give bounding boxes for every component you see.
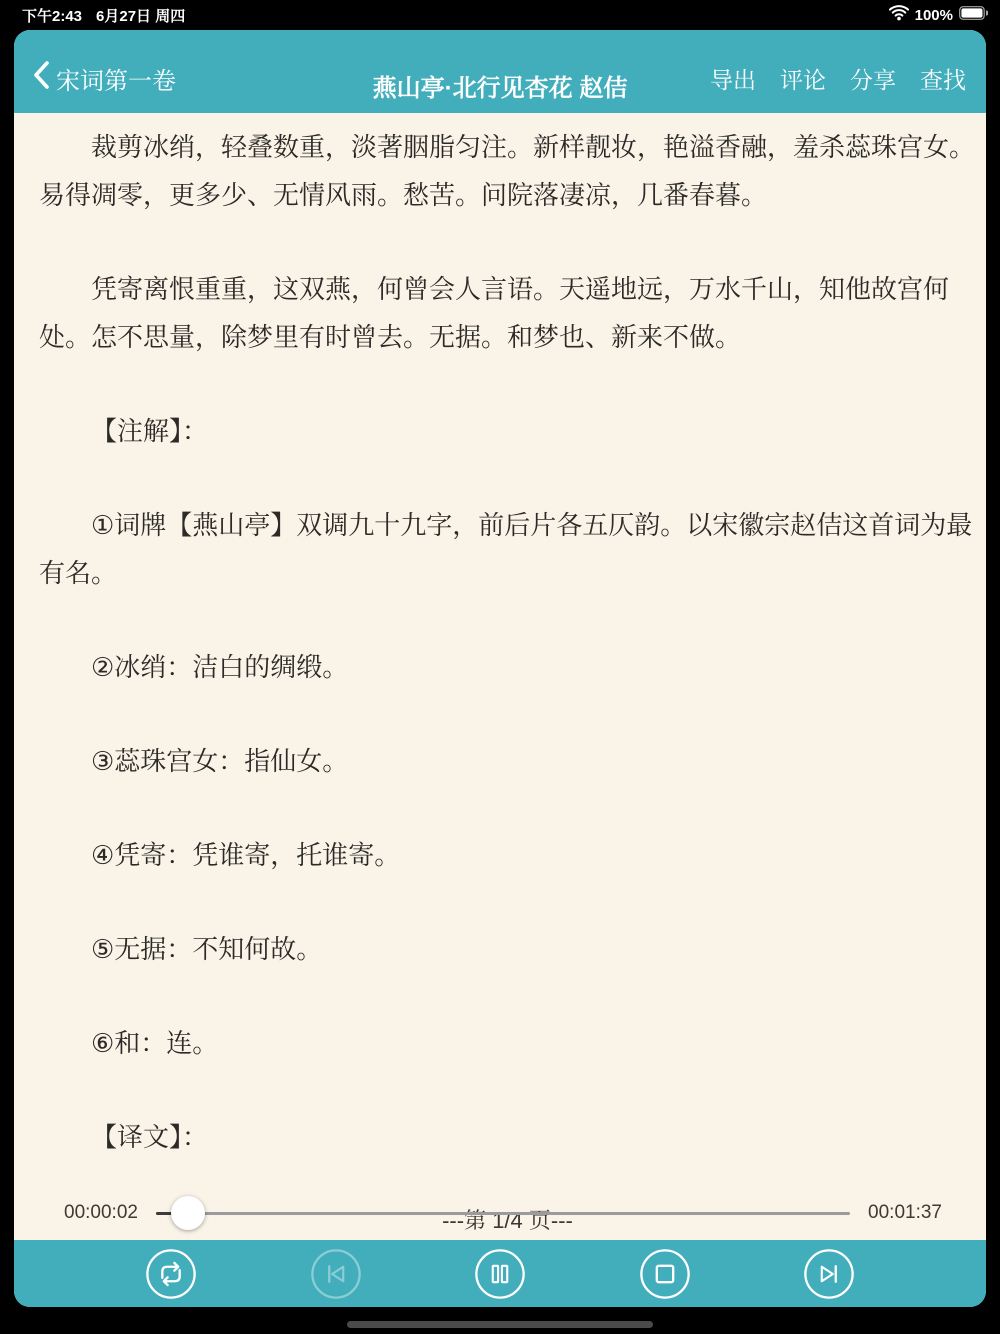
app-window: 燕山亭·北行见杏花 赵佶 宋词第一卷 导出 评论 分享 查找 裁剪冰绡，轻叠数重… [14, 30, 986, 1307]
section-heading-notes: 【注解】： [39, 407, 976, 455]
skip-previous-button [309, 1247, 363, 1301]
nav-header: 燕山亭·北行见杏花 赵佶 宋词第一卷 导出 评论 分享 查找 [14, 30, 986, 113]
elapsed-time: 00:00:02 [64, 1189, 138, 1237]
total-time: 00:01:37 [868, 1189, 942, 1237]
header-actions: 导出 评论 分享 查找 [710, 62, 966, 95]
progress-track[interactable] [156, 1212, 850, 1215]
note-item: ⑤无据：不知何故。 [39, 925, 976, 973]
status-bar: 下午2:43 6月27日 周四 100% [0, 0, 1000, 30]
note-item: ②冰绡：洁白的绸缎。 [39, 643, 976, 691]
reading-area: 裁剪冰绡，轻叠数重，淡著胭脂匀注。新样靓妆，艳溢香融，羞杀蕊珠宫女。易得凋零，更… [14, 113, 986, 1240]
note-item: ①词牌【燕山亭】双调九十九字，前后片各五仄韵。以宋徽宗赵佶这首词为最有名。 [39, 501, 976, 597]
comment-button[interactable]: 评论 [780, 62, 826, 95]
repeat-button[interactable] [144, 1247, 198, 1301]
home-indicator[interactable] [347, 1321, 653, 1328]
battery-percent: 100% [915, 7, 953, 24]
note-item: ③蕊珠宫女：指仙女。 [39, 737, 976, 785]
poem-stanza: 裁剪冰绡，轻叠数重，淡著胭脂匀注。新样靓妆，艳溢香融，羞杀蕊珠宫女。易得凋零，更… [39, 123, 976, 219]
player-bar [14, 1240, 986, 1307]
pause-button[interactable] [473, 1247, 527, 1301]
progress-thumb[interactable] [171, 1196, 205, 1230]
wifi-icon [889, 5, 909, 25]
battery-icon [959, 6, 988, 24]
share-button[interactable]: 分享 [850, 62, 896, 95]
poem-stanza: 凭寄离恨重重，这双燕，何曾会人言语。天遥地远，万水千山，知他故宫何处。怎不思量，… [39, 265, 976, 361]
section-heading-translation: 【译文】： [39, 1113, 976, 1161]
export-button[interactable]: 导出 [710, 62, 756, 95]
chevron-left-icon [32, 60, 50, 97]
status-time: 下午2:43 [22, 5, 82, 26]
skip-next-button[interactable] [802, 1247, 856, 1301]
status-date: 6月27日 周四 [96, 5, 185, 26]
back-button[interactable]: 宋词第一卷 [32, 60, 176, 97]
stop-button[interactable] [638, 1247, 692, 1301]
note-item: ④凭寄：凭谁寄，托谁寄。 [39, 831, 976, 879]
audio-progress-row: 00:00:02 00:01:37 [14, 1196, 986, 1230]
search-button[interactable]: 查找 [920, 62, 966, 95]
back-label: 宋词第一卷 [56, 61, 176, 96]
note-item: ⑥和：连。 [39, 1019, 976, 1067]
